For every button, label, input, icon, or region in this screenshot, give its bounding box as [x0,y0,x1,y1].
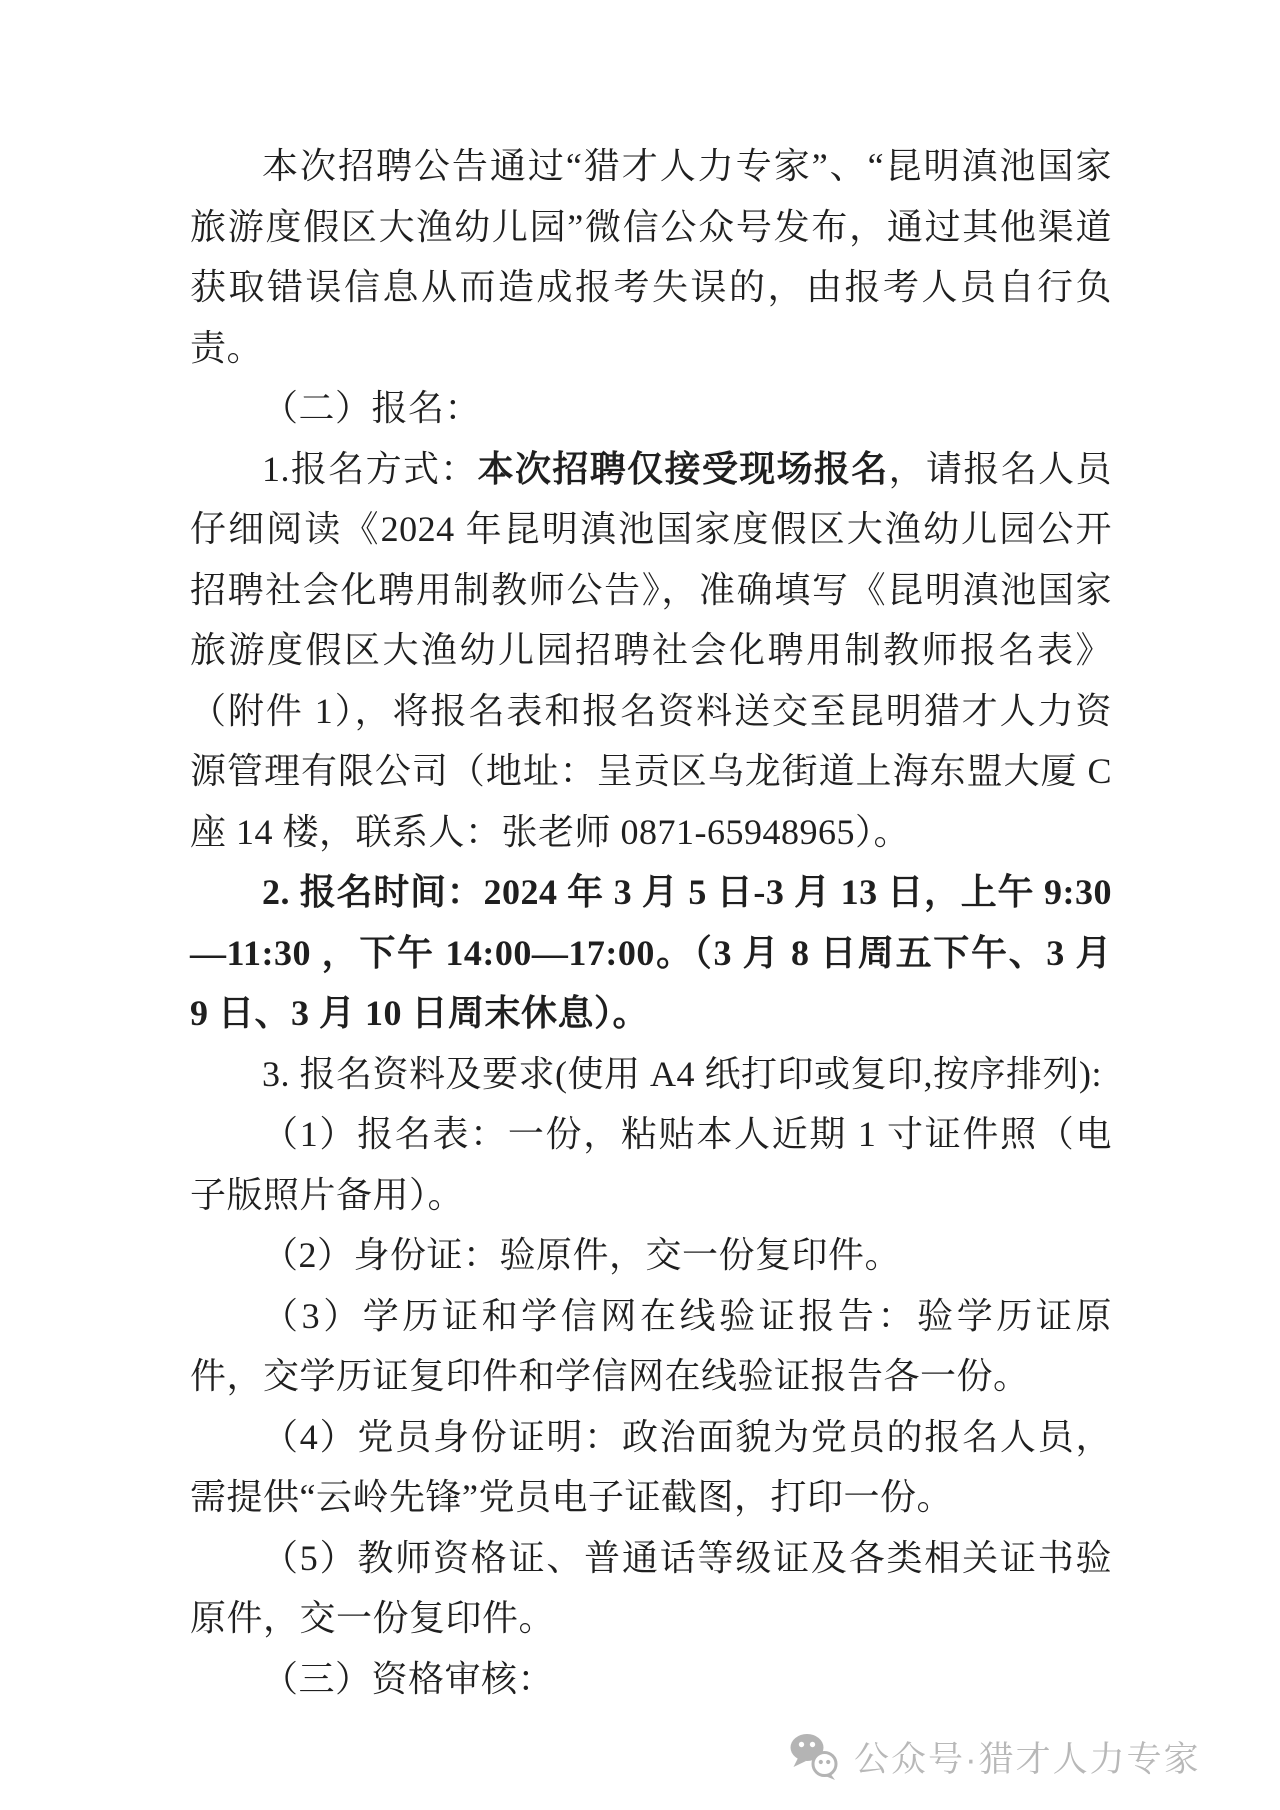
list-item-text: （3）学历证和学信网在线验证报告：验学历证原件，交学历证复印件和学信网在线验证报… [190,1296,1112,1397]
list-item-text: （1）报名表：一份，粘贴本人近期 1 寸证件照（电子版照片备用）。 [190,1114,1112,1215]
list-item-text: （5）教师资格证、普通话等级证及各类相关证书验原件，交一份复印件。 [190,1538,1112,1639]
list-item-application-form: （1）报名表：一份，粘贴本人近期 1 寸证件照（电子版照片备用）。 [190,1104,1112,1225]
bold-registration-time-text: 2. 报名时间：2024 年 3 月 5 日-3 月 13 日，上午 9:30—… [190,872,1112,1033]
list-item-party-membership: （4）党员身份证明：政治面貌为党员的报名人员，需提供“云岭先锋”党员电子证截图，… [190,1407,1112,1528]
watermark-text: 公众号·猎才人力专家 [854,1732,1201,1782]
wechat-icon [788,1733,842,1781]
paragraph-text: 1.报名方式： [262,449,478,489]
heading-section-2: （二）报名： [190,378,1112,439]
paragraph-registration-time: 2. 报名时间：2024 年 3 月 5 日-3 月 13 日，上午 9:30—… [190,862,1112,1044]
wechat-watermark: 公众号·猎才人力专家 [788,1731,1201,1783]
bold-onsite-registration-text: 本次招聘仅接受现场报名 [478,449,889,489]
document-body: 本次招聘公告通过“猎才人力专家”、“昆明滇池国家旅游度假区大渔幼儿园”微信公众号… [190,136,1112,1709]
paragraph-notice: 本次招聘公告通过“猎才人力专家”、“昆明滇池国家旅游度假区大渔幼儿园”微信公众号… [190,136,1112,378]
paragraph-registration-method: 1.报名方式：本次招聘仅接受现场报名，请报名人员仔细阅读《2024 年昆明滇池国… [190,439,1112,863]
paragraph-text: 本次招聘公告通过“猎才人力专家”、“昆明滇池国家旅游度假区大渔幼儿园”微信公众号… [190,146,1112,368]
heading-text: （三）资格审核： [262,1659,554,1699]
paragraph-text: ，请报名人员仔细阅读《2024 年昆明滇池国家度假区大渔幼儿园公开招聘社会化聘用… [190,449,1112,852]
paragraph-materials-intro: 3. 报名资料及要求(使用 A4 纸打印或复印,按序排列): [190,1044,1112,1105]
list-item-text: （2）身份证：验原件，交一份复印件。 [262,1235,901,1275]
list-item-text: （4）党员身份证明：政治面貌为党员的报名人员，需提供“云岭先锋”党员电子证截图，… [190,1417,1112,1518]
list-item-certificates: （5）教师资格证、普通话等级证及各类相关证书验原件，交一份复印件。 [190,1528,1112,1649]
heading-section-3: （三）资格审核： [190,1649,1112,1710]
paragraph-text: 3. 报名资料及要求(使用 A4 纸打印或复印,按序排列): [262,1054,1102,1094]
heading-text: （二）报名： [262,388,481,428]
document-page: 本次招聘公告通过“猎才人力专家”、“昆明滇池国家旅游度假区大渔幼儿园”微信公众号… [0,0,1280,1810]
list-item-id-card: （2）身份证：验原件，交一份复印件。 [190,1225,1112,1286]
list-item-diploma: （3）学历证和学信网在线验证报告：验学历证原件，交学历证复印件和学信网在线验证报… [190,1286,1112,1407]
